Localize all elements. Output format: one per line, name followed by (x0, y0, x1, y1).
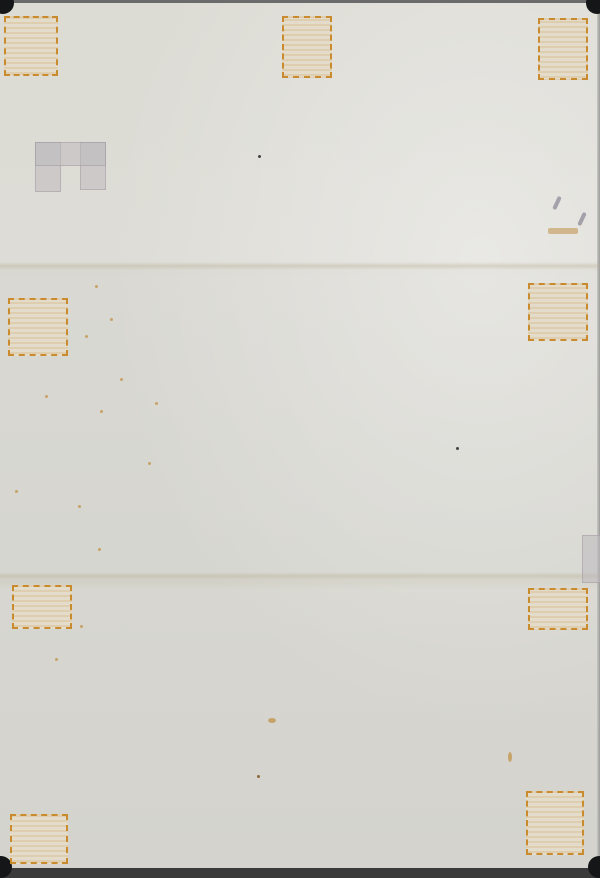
poster-back (0, 0, 600, 868)
tape-residue (528, 283, 588, 341)
tape-residue (4, 16, 58, 76)
stain (508, 752, 512, 762)
tape-residue (10, 814, 68, 864)
stain (148, 462, 151, 465)
dark-spot (258, 155, 261, 158)
stain (155, 402, 158, 405)
stain (110, 318, 113, 321)
stain (100, 410, 103, 413)
corner-clip (588, 856, 600, 868)
fold-line (0, 262, 600, 270)
dark-spot (257, 775, 260, 778)
stain (15, 490, 18, 493)
clear-tape-piece (582, 535, 600, 583)
fold-line (0, 572, 600, 580)
stain (85, 335, 88, 338)
tape-residue (538, 18, 588, 80)
tape-residue (526, 791, 584, 855)
stain (98, 548, 101, 551)
stain (78, 505, 81, 508)
stain (45, 395, 48, 398)
dark-spot (456, 447, 459, 450)
tape-residue (8, 298, 68, 356)
tape-residue (282, 16, 332, 78)
smudge (577, 212, 587, 226)
clear-tape-piece (35, 142, 106, 166)
stain (120, 378, 123, 381)
tape-residue (528, 588, 588, 630)
stain (55, 658, 58, 661)
stain (268, 718, 276, 723)
stain (95, 285, 98, 288)
top-edge (0, 0, 600, 3)
corner-clip (586, 0, 600, 14)
smudge (552, 196, 562, 210)
stain (548, 228, 578, 234)
corner-clip (0, 0, 14, 14)
tape-residue (12, 585, 72, 629)
stain (80, 625, 83, 628)
